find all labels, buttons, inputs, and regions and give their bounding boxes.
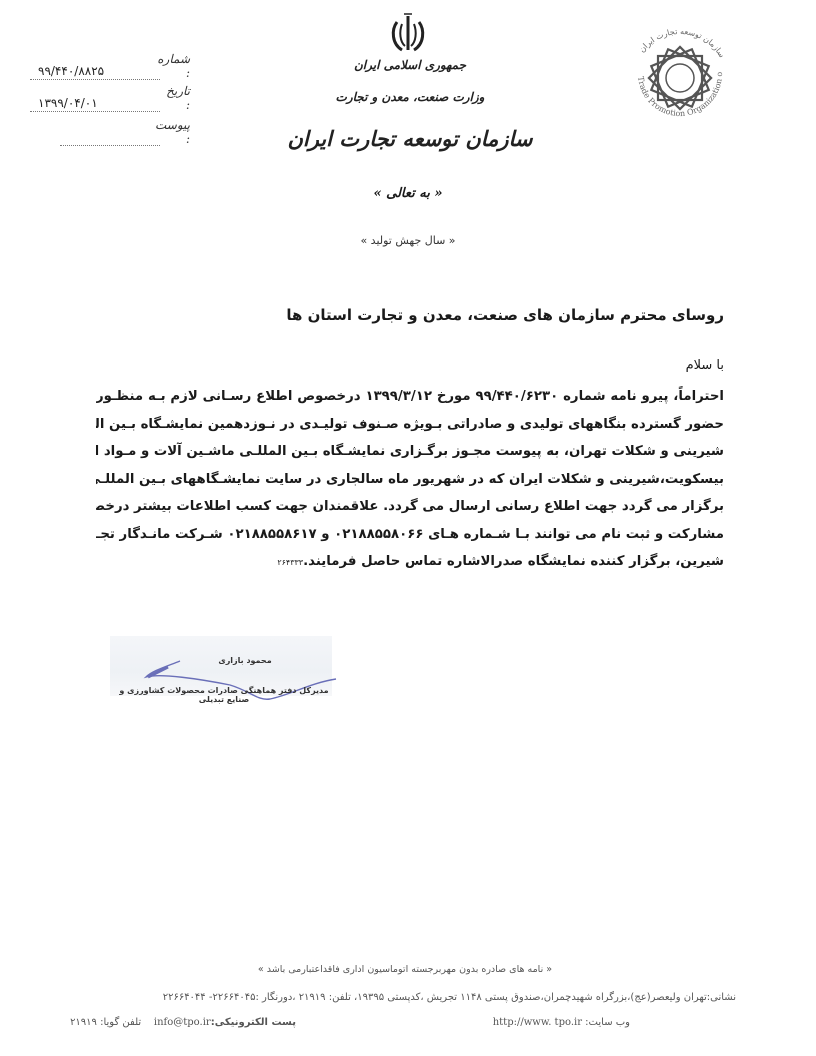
footer-validity-note: « نامه های صادره بدون مهربرجسته اتوماسیو… bbox=[240, 964, 570, 975]
body-line: شیرینی و شکلات تهران، به پیوست مجـوز برگ… bbox=[96, 438, 724, 466]
letter-date-label: تاریخ : bbox=[160, 84, 190, 112]
website-label: وب سایت: bbox=[585, 1017, 630, 1028]
letter-number-row: ۹۹/۴۴۰/۸۸۲۵ شماره : bbox=[30, 58, 190, 80]
header-republic: جمهوری اسلامی ایران bbox=[250, 58, 570, 72]
body-line-last: شیرین، برگزار کننده نمایشگاه صدرالاشاره … bbox=[96, 548, 724, 577]
addressee: روسای محترم سازمان های صنعت، معدن و تجار… bbox=[286, 306, 724, 324]
letter-number-label: شماره : bbox=[160, 52, 190, 80]
signatory-title: مدیرکل دفتر هماهنگی صادرات محصولات کشاور… bbox=[118, 686, 330, 704]
letter-body: احتراماً، پیرو نامه شماره ۹۹/۴۴۰/۶۲۳۰ مو… bbox=[96, 383, 724, 577]
greeting: با سلام bbox=[686, 358, 724, 373]
iran-emblem-icon bbox=[388, 12, 428, 56]
header-ministry: وزارت صنعت، معدن و تجارت bbox=[250, 90, 570, 104]
tpo-logo-icon: Trade Promotion Organization of Iran ساز… bbox=[616, 14, 744, 134]
letter-attachment-label: پیوست : bbox=[160, 118, 190, 146]
body-line: حضور گسترده بنگاههای تولیدی و صادراتی بـ… bbox=[96, 411, 724, 439]
body-line: بیسکویت،شیرینی و شکلات ایران که در شهریو… bbox=[96, 466, 724, 494]
letter-date-row: ۱۳۹۹/۰۴/۰۱ تاریخ : bbox=[30, 90, 190, 112]
footer-contact: پست الکترونیکی:info@tpo.ir تلفن گویا: ۲۱… bbox=[76, 1017, 296, 1028]
website-link[interactable]: http://www. tpo.ir bbox=[493, 1017, 582, 1028]
header-organization: سازمان توسعه تجارت ایران bbox=[250, 126, 570, 151]
invocation: « به‌ تعالی » bbox=[308, 186, 508, 201]
phone-value: ۲۱۹۱۹ bbox=[70, 1017, 97, 1028]
body-line: مشارکت و ثبت نام می توانند بـا شـماره هـ… bbox=[96, 521, 724, 549]
letter-number-value: ۹۹/۴۴۰/۸۸۲۵ bbox=[30, 63, 160, 80]
year-motto: « سال جهش تولید » bbox=[308, 234, 508, 247]
letter-date-value: ۱۳۹۹/۰۴/۰۱ bbox=[30, 95, 160, 112]
body-line: برگزار می گردد جهت اطلاع رسانی ارسال می … bbox=[96, 493, 724, 521]
email-link[interactable]: info@tpo.ir bbox=[154, 1017, 211, 1028]
letter-attachment-row: پیوست : bbox=[60, 124, 190, 146]
email-label: پست الکترونیکی: bbox=[211, 1017, 296, 1028]
letter-attachment-value bbox=[60, 129, 160, 146]
phone-label: تلفن گویا: bbox=[100, 1017, 141, 1028]
reference-code: ۲۶۴۳۳۳ bbox=[277, 558, 303, 567]
signatory-name: محمود بازاری bbox=[210, 656, 280, 665]
body-line: شیرین، برگزار کننده نمایشگاه صدرالاشاره … bbox=[303, 554, 724, 569]
footer-website: وب سایت: http://www. tpo.ir bbox=[470, 1017, 630, 1028]
body-line: احتراماً، پیرو نامه شماره ۹۹/۴۴۰/۶۲۳۰ مو… bbox=[96, 383, 724, 411]
footer-address: نشانی:تهران ولیعصر(عج)،بزرگراه شهیدچمران… bbox=[76, 992, 736, 1003]
